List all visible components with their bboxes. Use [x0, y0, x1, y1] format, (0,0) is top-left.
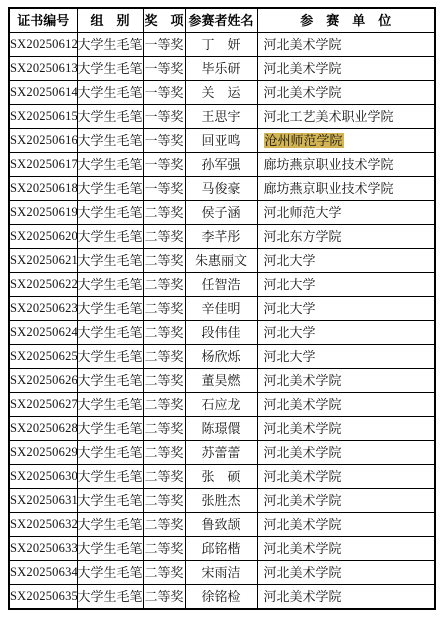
award-cell: 二等奖: [143, 345, 185, 369]
unit-cell: 河北大学: [257, 297, 435, 321]
cert-id-cell: SX20250629: [9, 441, 77, 465]
participant-name-cell: 任智浩: [185, 273, 257, 297]
participant-name-cell: 徐铭检: [185, 585, 257, 610]
participant-name-cell: 张胜杰: [185, 489, 257, 513]
group-cell: 大学生毛笔: [77, 345, 143, 369]
table-row: SX20250625大学生毛笔二等奖杨欣烁河北大学: [9, 345, 435, 369]
group-cell: 大学生毛笔: [77, 393, 143, 417]
cert-id-cell: SX20250630: [9, 465, 77, 489]
unit-cell: 河北美术学院: [257, 417, 435, 441]
table-row: SX20250616大学生毛笔一等奖回亚鸣沧州师范学院: [9, 129, 435, 153]
group-cell: 大学生毛笔: [77, 129, 143, 153]
cert-id-cell: SX20250633: [9, 537, 77, 561]
group-cell: 大学生毛笔: [77, 177, 143, 201]
highlighted-unit-text: 沧州师范学院: [264, 133, 344, 148]
participant-name-cell: 陈璟儇: [185, 417, 257, 441]
cert-id-cell: SX20250632: [9, 513, 77, 537]
award-cell: 一等奖: [143, 57, 185, 81]
table-header: 证书编号 组 别 奖 项 参赛者姓名 参 赛 单 位: [9, 8, 435, 33]
group-cell: 大学生毛笔: [77, 81, 143, 105]
unit-cell: 沧州师范学院: [257, 129, 435, 153]
cert-id-cell: SX20250615: [9, 105, 77, 129]
header-award: 奖 项: [143, 8, 185, 33]
group-cell: 大学生毛笔: [77, 369, 143, 393]
award-cell: 二等奖: [143, 249, 185, 273]
table-row: SX20250633大学生毛笔二等奖邱铭楷河北美术学院: [9, 537, 435, 561]
cert-id-cell: SX20250626: [9, 369, 77, 393]
award-cell: 二等奖: [143, 321, 185, 345]
cert-id-cell: SX20250634: [9, 561, 77, 585]
participant-name-cell: 毕乐研: [185, 57, 257, 81]
group-cell: 大学生毛笔: [77, 33, 143, 57]
table-body: SX20250612大学生毛笔一等奖丁 妍河北美术学院SX20250613大学生…: [9, 33, 435, 610]
header-name: 参赛者姓名: [185, 8, 257, 33]
cert-id-cell: SX20250619: [9, 201, 77, 225]
group-cell: 大学生毛笔: [77, 273, 143, 297]
cert-id-cell: SX20250623: [9, 297, 77, 321]
participant-name-cell: 鲁致颉: [185, 513, 257, 537]
participant-name-cell: 邱铭楷: [185, 537, 257, 561]
header-unit: 参 赛 单 位: [257, 8, 435, 33]
group-cell: 大学生毛笔: [77, 465, 143, 489]
group-cell: 大学生毛笔: [77, 225, 143, 249]
award-cell: 二等奖: [143, 585, 185, 610]
participant-name-cell: 杨欣烁: [185, 345, 257, 369]
group-cell: 大学生毛笔: [77, 585, 143, 610]
table-row: SX20250622大学生毛笔二等奖任智浩河北大学: [9, 273, 435, 297]
participant-name-cell: 关 运: [185, 81, 257, 105]
unit-cell: 河北工艺美术职业学院: [257, 105, 435, 129]
award-cell: 二等奖: [143, 417, 185, 441]
group-cell: 大学生毛笔: [77, 57, 143, 81]
group-cell: 大学生毛笔: [77, 561, 143, 585]
group-cell: 大学生毛笔: [77, 489, 143, 513]
table-row: SX20250632大学生毛笔二等奖鲁致颉河北美术学院: [9, 513, 435, 537]
unit-cell: 河北大学: [257, 345, 435, 369]
table-row: SX20250635大学生毛笔二等奖徐铭检河北美术学院: [9, 585, 435, 610]
table-row: SX20250627大学生毛笔二等奖石应龙河北美术学院: [9, 393, 435, 417]
group-cell: 大学生毛笔: [77, 513, 143, 537]
unit-cell: 河北大学: [257, 321, 435, 345]
unit-cell: 河北大学: [257, 273, 435, 297]
unit-cell: 河北美术学院: [257, 393, 435, 417]
group-cell: 大学生毛笔: [77, 297, 143, 321]
participant-name-cell: 孙军强: [185, 153, 257, 177]
group-cell: 大学生毛笔: [77, 441, 143, 465]
table-row: SX20250623大学生毛笔二等奖辛佳明河北大学: [9, 297, 435, 321]
award-cell: 二等奖: [143, 369, 185, 393]
cert-id-cell: SX20250625: [9, 345, 77, 369]
cert-id-cell: SX20250631: [9, 489, 77, 513]
table-row: SX20250615大学生毛笔一等奖王思宇河北工艺美术职业学院: [9, 105, 435, 129]
award-cell: 二等奖: [143, 465, 185, 489]
cert-id-cell: SX20250624: [9, 321, 77, 345]
table-row: SX20250630大学生毛笔二等奖张 硕河北美术学院: [9, 465, 435, 489]
unit-cell: 廊坊燕京职业技术学院: [257, 153, 435, 177]
unit-cell: 河北美术学院: [257, 33, 435, 57]
table-row: SX20250620大学生毛笔二等奖李芊彤河北东方学院: [9, 225, 435, 249]
award-cell: 一等奖: [143, 105, 185, 129]
award-cell: 一等奖: [143, 33, 185, 57]
group-cell: 大学生毛笔: [77, 321, 143, 345]
unit-cell: 河北美术学院: [257, 81, 435, 105]
unit-cell: 河北师范大学: [257, 201, 435, 225]
header-group: 组 别: [77, 8, 143, 33]
unit-cell: 河北美术学院: [257, 489, 435, 513]
table-row: SX20250631大学生毛笔二等奖张胜杰河北美术学院: [9, 489, 435, 513]
cert-id-cell: SX20250614: [9, 81, 77, 105]
unit-cell: 河北美术学院: [257, 561, 435, 585]
award-cell: 二等奖: [143, 201, 185, 225]
cert-id-cell: SX20250621: [9, 249, 77, 273]
unit-cell: 河北东方学院: [257, 225, 435, 249]
award-cell: 二等奖: [143, 297, 185, 321]
group-cell: 大学生毛笔: [77, 537, 143, 561]
participant-name-cell: 回亚鸣: [185, 129, 257, 153]
table-row: SX20250628大学生毛笔二等奖陈璟儇河北美术学院: [9, 417, 435, 441]
cert-id-cell: SX20250616: [9, 129, 77, 153]
award-list-table: 证书编号 组 别 奖 项 参赛者姓名 参 赛 单 位 SX20250612大学生…: [8, 7, 436, 610]
group-cell: 大学生毛笔: [77, 153, 143, 177]
table-row: SX20250634大学生毛笔二等奖宋雨洁河北美术学院: [9, 561, 435, 585]
table-row: SX20250621大学生毛笔二等奖朱惠丽文河北大学: [9, 249, 435, 273]
award-cell: 一等奖: [143, 177, 185, 201]
unit-cell: 河北美术学院: [257, 57, 435, 81]
participant-name-cell: 李芊彤: [185, 225, 257, 249]
unit-cell: 河北美术学院: [257, 465, 435, 489]
group-cell: 大学生毛笔: [77, 249, 143, 273]
participant-name-cell: 辛佳明: [185, 297, 257, 321]
cert-id-cell: SX20250627: [9, 393, 77, 417]
participant-name-cell: 苏蕾蕾: [185, 441, 257, 465]
unit-cell: 廊坊燕京职业技术学院: [257, 177, 435, 201]
award-cell: 一等奖: [143, 153, 185, 177]
cert-id-cell: SX20250617: [9, 153, 77, 177]
unit-cell: 河北美术学院: [257, 369, 435, 393]
participant-name-cell: 张 硕: [185, 465, 257, 489]
table-row: SX20250617大学生毛笔一等奖孙军强廊坊燕京职业技术学院: [9, 153, 435, 177]
table-row: SX20250614大学生毛笔一等奖关 运河北美术学院: [9, 81, 435, 105]
participant-name-cell: 石应龙: [185, 393, 257, 417]
award-cell: 二等奖: [143, 513, 185, 537]
participant-name-cell: 丁 妍: [185, 33, 257, 57]
table-row: SX20250618大学生毛笔一等奖马俊豪廊坊燕京职业技术学院: [9, 177, 435, 201]
cert-id-cell: SX20250612: [9, 33, 77, 57]
document-page: 证书编号 组 别 奖 项 参赛者姓名 参 赛 单 位 SX20250612大学生…: [0, 0, 442, 634]
cert-id-cell: SX20250618: [9, 177, 77, 201]
participant-name-cell: 马俊豪: [185, 177, 257, 201]
unit-cell: 河北大学: [257, 249, 435, 273]
table-row: SX20250629大学生毛笔二等奖苏蕾蕾河北美术学院: [9, 441, 435, 465]
award-cell: 二等奖: [143, 561, 185, 585]
table-row: SX20250624大学生毛笔二等奖段伟佳河北大学: [9, 321, 435, 345]
participant-name-cell: 朱惠丽文: [185, 249, 257, 273]
award-cell: 二等奖: [143, 441, 185, 465]
table-row: SX20250613大学生毛笔一等奖毕乐研河北美术学院: [9, 57, 435, 81]
unit-cell: 河北美术学院: [257, 441, 435, 465]
group-cell: 大学生毛笔: [77, 201, 143, 225]
participant-name-cell: 董昊燃: [185, 369, 257, 393]
header-row: 证书编号 组 别 奖 项 参赛者姓名 参 赛 单 位: [9, 8, 435, 33]
unit-cell: 河北美术学院: [257, 537, 435, 561]
cert-id-cell: SX20250620: [9, 225, 77, 249]
award-cell: 二等奖: [143, 393, 185, 417]
header-cert-id: 证书编号: [9, 8, 77, 33]
unit-cell: 河北美术学院: [257, 585, 435, 610]
cert-id-cell: SX20250635: [9, 585, 77, 610]
participant-name-cell: 侯子涵: [185, 201, 257, 225]
participant-name-cell: 宋雨洁: [185, 561, 257, 585]
award-cell: 二等奖: [143, 489, 185, 513]
group-cell: 大学生毛笔: [77, 417, 143, 441]
award-cell: 一等奖: [143, 129, 185, 153]
unit-cell: 河北美术学院: [257, 513, 435, 537]
award-cell: 二等奖: [143, 225, 185, 249]
award-cell: 一等奖: [143, 81, 185, 105]
award-cell: 二等奖: [143, 273, 185, 297]
cert-id-cell: SX20250613: [9, 57, 77, 81]
group-cell: 大学生毛笔: [77, 105, 143, 129]
table-row: SX20250619大学生毛笔二等奖侯子涵河北师范大学: [9, 201, 435, 225]
award-cell: 二等奖: [143, 537, 185, 561]
participant-name-cell: 王思宇: [185, 105, 257, 129]
table-row: SX20250626大学生毛笔二等奖董昊燃河北美术学院: [9, 369, 435, 393]
cert-id-cell: SX20250628: [9, 417, 77, 441]
participant-name-cell: 段伟佳: [185, 321, 257, 345]
cert-id-cell: SX20250622: [9, 273, 77, 297]
table-row: SX20250612大学生毛笔一等奖丁 妍河北美术学院: [9, 33, 435, 57]
